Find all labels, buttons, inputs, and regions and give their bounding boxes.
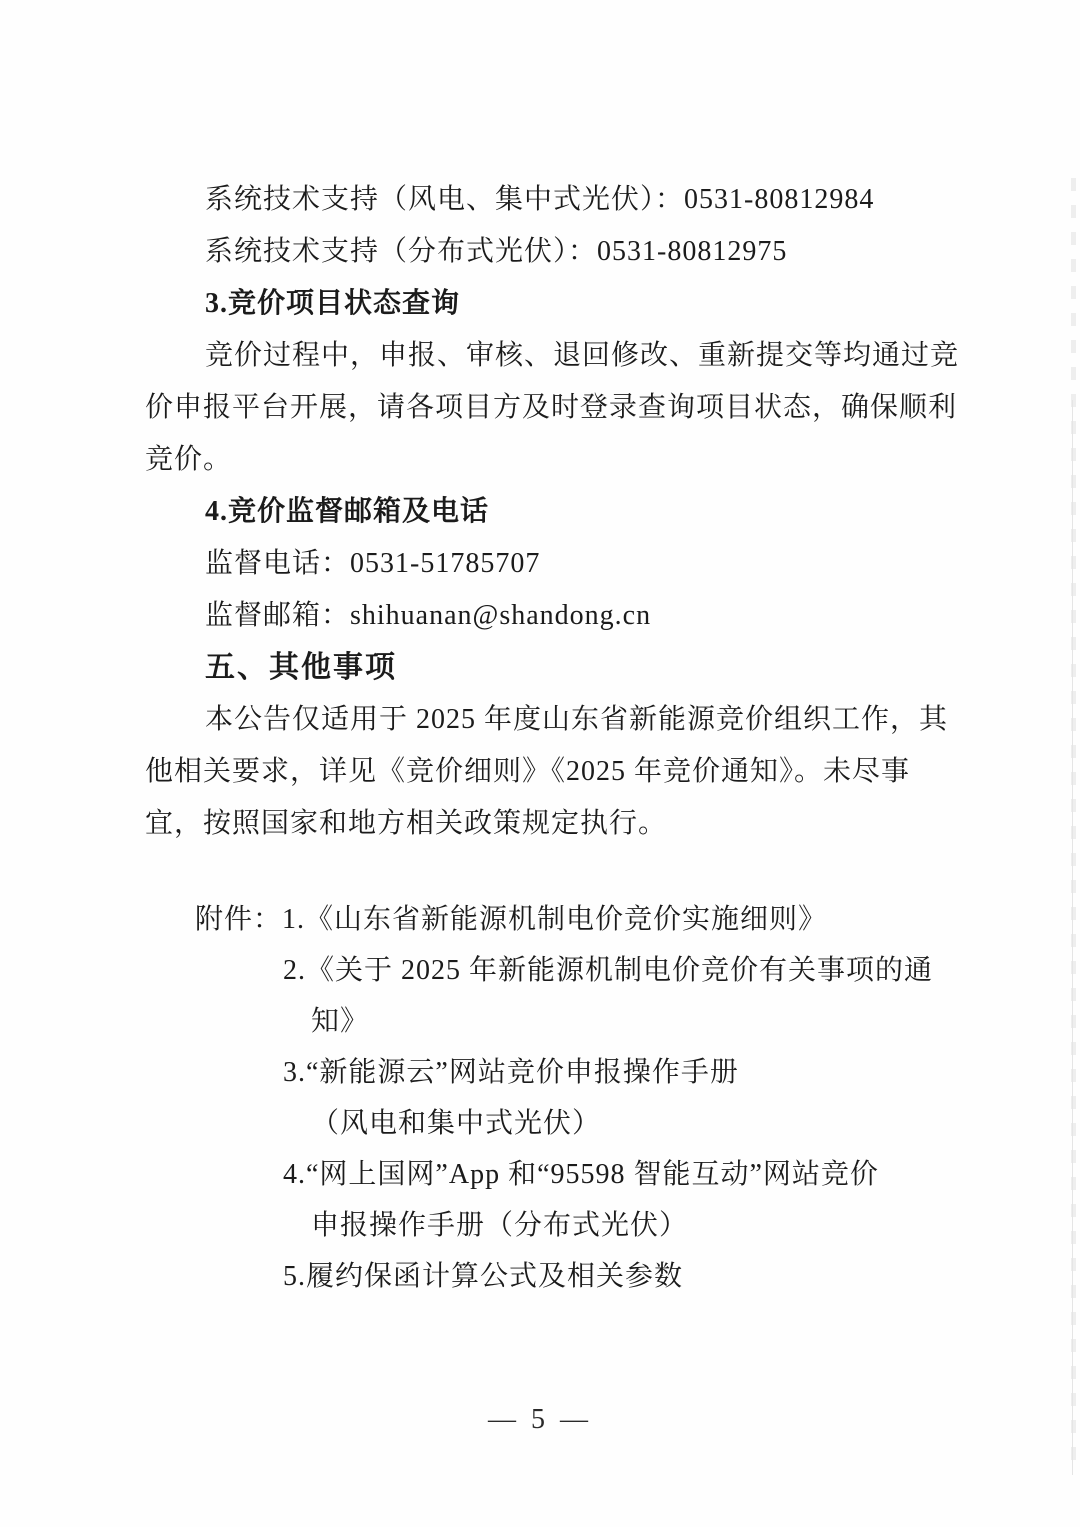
support-line-distributed: 系统技术支持（分布式光伏）：0531-80812975 xyxy=(145,226,955,278)
attachment-item-4-cont: 申报操作手册（分布式光伏） xyxy=(145,1200,955,1251)
section5-heading: 五、其他事项 xyxy=(145,642,955,694)
attachment-item-3: 3.“新能源云”网站竞价申报操作手册 xyxy=(145,1047,955,1098)
attachment-item-1: 附件：1.《山东省新能源机制电价竞价实施细则》 xyxy=(145,894,955,945)
attachment-item-2: 2.《关于 2025 年新能源机制电价竞价有关事项的通 xyxy=(145,945,955,996)
attachment-list: 附件：1.《山东省新能源机制电价竞价实施细则》 2.《关于 2025 年新能源机… xyxy=(145,894,955,1302)
section3-body-line: 竞价。 xyxy=(145,434,955,486)
section5-body-line: 宜，按照国家和地方相关政策规定执行。 xyxy=(145,798,955,850)
section4-heading: 4.竞价监督邮箱及电话 xyxy=(145,486,955,538)
section3-heading: 3.竞价项目状态查询 xyxy=(145,278,955,330)
supervision-email-line: 监督邮箱：shihuanan@shandong.cn xyxy=(145,590,955,642)
supervision-phone-line: 监督电话：0531-51785707 xyxy=(145,538,955,590)
attachment-item-4: 4.“网上国网”App 和“95598 智能互动”网站竞价 xyxy=(145,1149,955,1200)
attachment-item-5: 5.履约保函计算公式及相关参数 xyxy=(145,1251,955,1302)
attachment-item-3-cont: （风电和集中式光伏） xyxy=(145,1098,955,1149)
attachment-item-2-cont: 知》 xyxy=(145,996,955,1047)
support-line-wind: 系统技术支持（风电、集中式光伏）：0531-80812984 xyxy=(145,174,955,226)
section3-body-line: 竞价过程中，申报、审核、退回修改、重新提交等均通过竞 xyxy=(145,330,955,382)
document-page: 系统技术支持（风电、集中式光伏）：0531-80812984 系统技术支持（分布… xyxy=(0,0,1080,1527)
page-number: — 5 — xyxy=(0,1404,1080,1436)
section3-body-line: 价申报平台开展，请各项目方及时登录查询项目状态，确保顺利 xyxy=(145,382,955,434)
document-body: 系统技术支持（风电、集中式光伏）：0531-80812984 系统技术支持（分布… xyxy=(145,174,955,1302)
section5-body-line: 本公告仅适用于 2025 年度山东省新能源竞价组织工作，其 xyxy=(145,694,955,746)
scan-edge-line xyxy=(1072,400,1073,1475)
section5-body-line: 他相关要求，详见《竞价细则》《2025 年竞价通知》。未尽事 xyxy=(145,746,955,798)
